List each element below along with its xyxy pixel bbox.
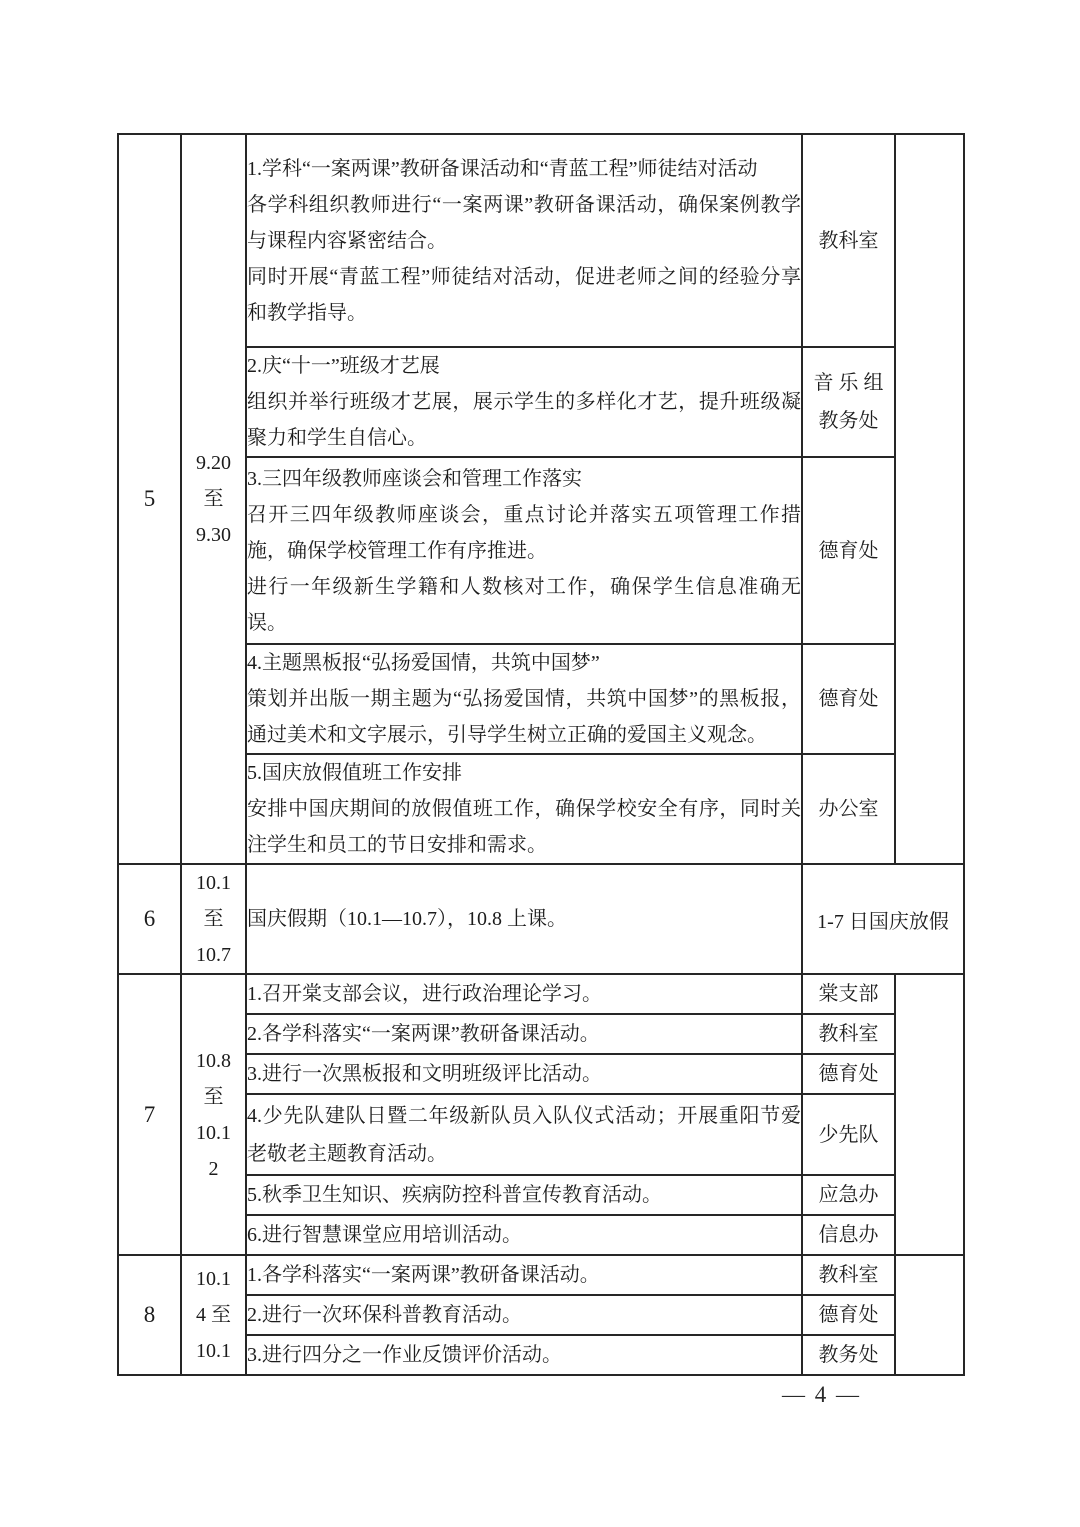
week-number-cell: 8 [118, 1255, 181, 1375]
remark-cell [895, 1255, 964, 1375]
department-cell: 教务处 [802, 1335, 895, 1375]
department-cell: 信息办 [802, 1215, 895, 1255]
department-cell: 德育处 [802, 457, 895, 644]
activity-cell: 国庆假期（10.1—10.7），10.8 上课。 [246, 864, 802, 974]
department-cell: 教科室 [802, 134, 895, 347]
department-cell: 棠支部 [802, 974, 895, 1014]
page-number: — 4 — [782, 1382, 861, 1408]
holiday-note-cell: 1-7 日国庆放假 [802, 864, 964, 974]
date-range-cell: 9.20 至 9.30 [181, 134, 246, 864]
activity-cell: 2.各学科落实“一案两课”教研备课活动。 [246, 1014, 802, 1054]
document-page: 5 9.20 至 9.30 1.学科“一案两课”教研备课活动和“青蓝工程”师徒结… [0, 0, 1080, 1527]
department-cell: 教科室 [802, 1014, 895, 1054]
department-cell: 音 乐 组 教务处 [802, 347, 895, 457]
activity-cell: 2.庆“十一”班级才艺展 组织并举行班级才艺展，展示学生的多样化才艺，提升班级凝… [246, 347, 802, 457]
department-cell: 德育处 [802, 1054, 895, 1094]
date-range-cell: 10.1 至 10.7 [181, 864, 246, 974]
remark-cell [895, 134, 964, 864]
week-number-cell: 7 [118, 974, 181, 1255]
activity-cell: 4.主题黑板报“弘扬爱国情，共筑中国梦” 策划并出版一期主题为“弘扬爱国情，共筑… [246, 644, 802, 754]
week-number-cell: 5 [118, 134, 181, 864]
department-cell: 德育处 [802, 644, 895, 754]
activity-cell: 1.各学科落实“一案两课”教研备课活动。 [246, 1255, 802, 1295]
activity-cell: 3.进行四分之一作业反馈评价活动。 [246, 1335, 802, 1375]
date-range-cell: 10.8 至 10.1 2 [181, 974, 246, 1255]
department-cell: 少先队 [802, 1094, 895, 1175]
activity-cell: 3.进行一次黑板报和文明班级评比活动。 [246, 1054, 802, 1094]
department-cell: 教科室 [802, 1255, 895, 1295]
activity-cell: 2.进行一次环保科普教育活动。 [246, 1295, 802, 1335]
activity-cell: 1.学科“一案两课”教研备课活动和“青蓝工程”师徒结对活动 各学科组织教师进行“… [246, 134, 802, 347]
activity-cell: 5.国庆放假值班工作安排 安排中国庆期间的放假值班工作，确保学校安全有序，同时关… [246, 754, 802, 864]
activity-cell: 3.三四年级教师座谈会和管理工作落实 召开三四年级教师座谈会，重点讨论并落实五项… [246, 457, 802, 644]
activity-cell: 5.秋季卫生知识、疾病防控科普宣传教育活动。 [246, 1175, 802, 1215]
department-cell: 办公室 [802, 754, 895, 864]
department-cell: 应急办 [802, 1175, 895, 1215]
work-plan-table: 5 9.20 至 9.30 1.学科“一案两课”教研备课活动和“青蓝工程”师徒结… [117, 133, 965, 1376]
activity-cell: 4.少先队建队日暨二年级新队员入队仪式活动；开展重阳节爱老敬老主题教育活动。 [246, 1094, 802, 1175]
activity-cell: 1.召开棠支部会议，进行政治理论学习。 [246, 974, 802, 1014]
remark-cell [895, 974, 964, 1255]
activity-cell: 6.进行智慧课堂应用培训活动。 [246, 1215, 802, 1255]
week-number-cell: 6 [118, 864, 181, 974]
date-range-cell: 10.1 4 至 10.1 [181, 1255, 246, 1375]
department-cell: 德育处 [802, 1295, 895, 1335]
